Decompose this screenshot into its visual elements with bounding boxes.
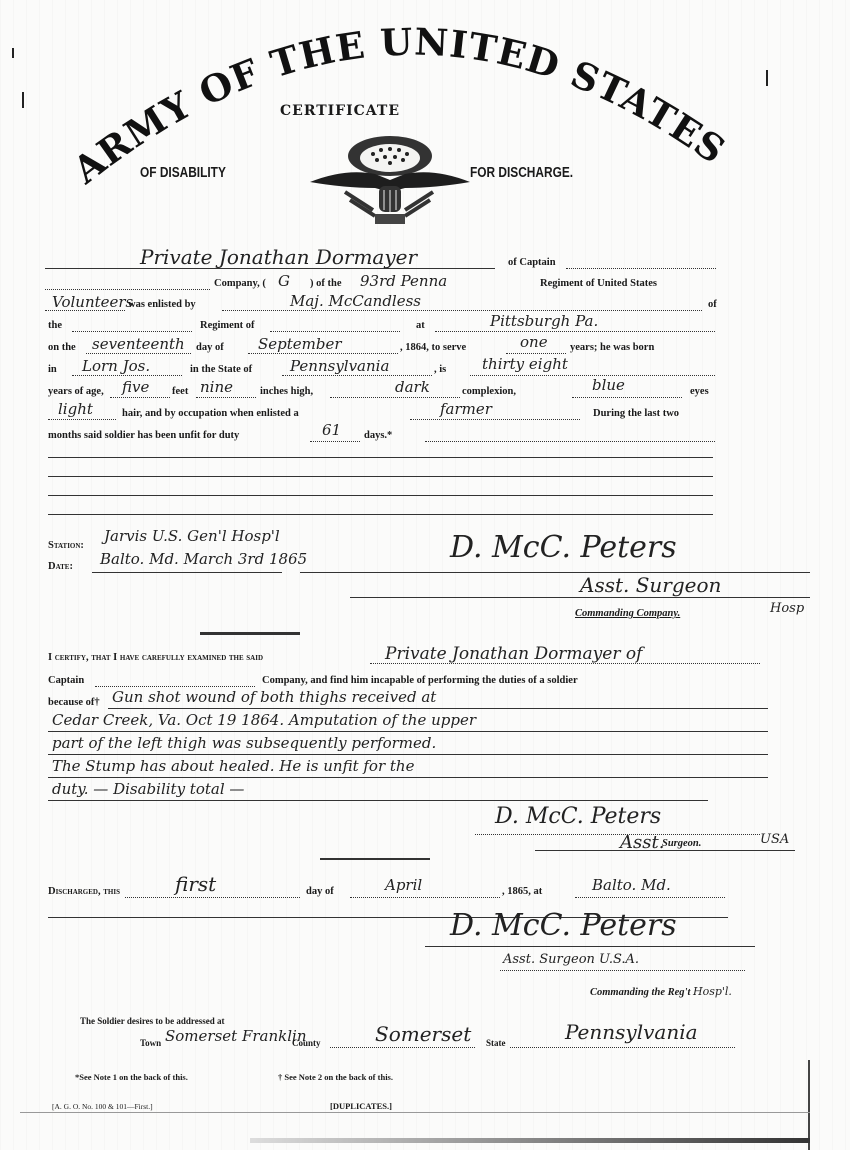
label-months-unfit: months said soldier has been unfit for d… — [48, 430, 239, 441]
blank-line — [425, 441, 715, 442]
blank-line — [86, 353, 191, 354]
company-letter: G — [278, 272, 290, 290]
certified-soldier: Private Jonathan Dormayer of — [385, 644, 642, 664]
rule — [48, 495, 713, 496]
blank-line — [95, 686, 255, 687]
label-hair-occupation: hair, and by occupation when enlisted a — [122, 408, 299, 419]
blank-line — [330, 1047, 475, 1048]
label-town: Town — [140, 1038, 161, 1048]
address-town: Somerset Franklin — [165, 1027, 306, 1045]
label-company: Company, ( — [214, 278, 266, 289]
footnote-1: *See Note 1 on the back of this. — [75, 1072, 188, 1082]
blank-line — [125, 897, 300, 898]
station-date: Balto. Md. March 3rd 1865 — [100, 550, 307, 568]
complexion: dark — [395, 378, 430, 396]
service-term: one — [520, 333, 548, 351]
disability-caption: OF DISABILITY — [140, 165, 226, 181]
label-desires-address: The Soldier desires to be addressed at — [80, 1016, 225, 1026]
duplicates-label: [DUPLICATES.] — [330, 1101, 392, 1111]
label-the: the — [48, 320, 62, 331]
label-county: County — [292, 1038, 321, 1048]
rule — [48, 731, 768, 732]
blank-line — [370, 663, 760, 664]
label-regiment-us: Regiment of United States — [540, 278, 657, 289]
blank-line — [566, 268, 716, 269]
label-complexion: complexion, — [462, 386, 516, 397]
enlistment-place: Pittsburgh Pa. — [490, 312, 598, 330]
days-unfit: 61 — [322, 421, 341, 439]
blank-line — [330, 397, 460, 398]
label-commanding-company: Commanding Company. — [575, 608, 680, 619]
footnote-2: † See Note 2 on the back of this. — [278, 1072, 393, 1082]
label-years-of-age: years of age, — [48, 386, 104, 397]
rule — [48, 476, 713, 477]
rule — [350, 597, 810, 598]
rule — [48, 457, 713, 458]
label-regiment-of: Regiment of — [200, 320, 255, 331]
label-because-of: because of† — [48, 697, 100, 708]
blank-line — [410, 419, 580, 420]
section-divider — [320, 858, 430, 860]
address-county: Somerset — [375, 1022, 471, 1046]
officer-title: Asst. Surgeon U.S.A. — [503, 952, 639, 967]
label-is: , is — [434, 364, 446, 375]
label-enlisted-by: was enlisted by — [128, 299, 196, 310]
certificate-heading: CERTIFICATE — [280, 103, 400, 119]
rule — [300, 572, 810, 573]
blank-line — [506, 353, 566, 354]
rule — [48, 754, 768, 755]
label-feet: feet — [172, 386, 188, 397]
blank-line — [72, 331, 192, 332]
label-day-of: day of — [306, 886, 334, 897]
signature-discharging-officer: D. McC. Peters — [450, 908, 677, 943]
certificate-page: ARMY OF THE UNITED STATES CERTIFICATE OF… — [0, 0, 850, 1150]
label-of-captain: of Captain — [508, 257, 556, 268]
disability-reason-line-1: Gun shot wound of both thighs received a… — [112, 688, 436, 706]
label-state: State — [486, 1038, 506, 1048]
blank-line — [350, 897, 500, 898]
discharge-caption: FOR DISCHARGE. — [470, 165, 573, 181]
rule — [108, 708, 768, 709]
address-state: Pennsylvania — [565, 1020, 698, 1044]
label-certify: I certify, that I have carefully examine… — [48, 652, 263, 663]
label-during: During the last two — [593, 408, 679, 419]
signature-surgeon: D. McC. Peters — [495, 804, 661, 829]
label-of-the: ) of the — [310, 278, 342, 289]
blank-line — [310, 441, 360, 442]
label-days: days.* — [364, 430, 392, 441]
rule — [48, 800, 708, 801]
rule — [425, 946, 755, 947]
signature-title: Asst. Surgeon — [580, 573, 721, 597]
form-number: [A. G. O. No. 100 & 101—First.] — [52, 1102, 153, 1111]
rule — [535, 850, 795, 851]
discharge-day: first — [175, 872, 216, 896]
disability-reason-line-2: Cedar Creek, Va. Oct 19 1864. Amputation… — [52, 711, 476, 729]
rule — [20, 1112, 810, 1113]
label-at: at — [416, 320, 425, 331]
label-commanding-the-text: Commanding the — [590, 987, 665, 998]
disability-reason-line-3: part of the left thigh was subsequently … — [52, 734, 436, 752]
enlist-year: , 1864, to serve — [400, 342, 466, 353]
birth-state: Pennsylvania — [290, 357, 389, 375]
age: thirty eight — [482, 355, 568, 373]
label-of: of — [708, 299, 717, 310]
label-surgeon: Surgeon. — [662, 838, 701, 849]
blank-line — [510, 1047, 735, 1048]
label-station: Station: — [48, 540, 84, 551]
blank-line — [72, 375, 182, 376]
discharge-month: April — [385, 876, 422, 894]
enlist-day: seventeenth — [92, 335, 185, 353]
soldier-name: Private Jonathan Dormayer — [140, 245, 417, 269]
blank-line — [45, 310, 125, 311]
label-regt: Reg't — [668, 987, 691, 998]
commanding-note: Hosp'l. — [693, 985, 732, 998]
station-name: Jarvis U.S. Gen'l Hosp'l — [104, 527, 280, 545]
occupation: farmer — [440, 400, 492, 418]
blank-line — [435, 331, 715, 332]
rule — [92, 572, 282, 573]
blank-line — [45, 289, 210, 290]
label-commanding-the: Commanding the Reg't Hosp'l. — [590, 985, 732, 998]
height-inches: nine — [200, 378, 233, 396]
page-edge-right — [808, 1060, 810, 1150]
label-eyes: eyes — [690, 386, 709, 397]
enlisted-by: Maj. McCandless — [290, 292, 421, 310]
signature-commanding: D. McC. Peters — [450, 530, 677, 565]
label-in: in — [48, 364, 57, 375]
blank-line — [575, 897, 725, 898]
label-date: Date: — [48, 561, 73, 572]
blank-line — [282, 375, 432, 376]
disability-reason-line-4: The Stump has about healed. He is unfit … — [52, 757, 414, 775]
commanding-note: Hosp — [770, 601, 804, 616]
discharge-year: , 1865, at — [502, 886, 542, 897]
label-discharged: Discharged, this — [48, 886, 120, 897]
label-company-find: Company, and find him incapable of perfo… — [262, 675, 578, 686]
regiment: 93rd Penna — [360, 272, 447, 290]
blank-line — [248, 353, 398, 354]
rule — [48, 514, 713, 515]
label-inches-high: inches high, — [260, 386, 313, 397]
label-years-born: years; he was born — [570, 342, 654, 353]
page-edge-bottom — [250, 1138, 810, 1143]
disability-reason-line-5: duty. — Disability total — — [52, 780, 244, 798]
blank-line — [475, 834, 760, 835]
label-captain: Captain — [48, 675, 84, 686]
label-day-of: day of — [196, 342, 224, 353]
label-on-the: on the — [48, 342, 76, 353]
service-type: Volunteers — [52, 293, 133, 311]
eagle-seal-icon — [305, 130, 475, 225]
blank-line — [196, 397, 256, 398]
enlist-month: September — [258, 335, 342, 353]
eye-color: blue — [592, 376, 625, 394]
blank-line — [48, 419, 116, 420]
height-feet: five — [122, 378, 149, 396]
discharge-place: Balto. Md. — [592, 876, 671, 894]
surgeon-note: USA — [760, 832, 789, 847]
blank-line — [222, 310, 702, 311]
blank-line — [572, 397, 682, 398]
blank-line — [110, 397, 170, 398]
rule — [48, 777, 768, 778]
blank-line — [500, 970, 745, 971]
label-state-of: in the State of — [190, 364, 252, 375]
birthplace: Lorn Jos. — [82, 357, 150, 375]
blank-line — [270, 331, 400, 332]
hair-color: light — [58, 400, 93, 418]
section-divider — [200, 632, 300, 635]
